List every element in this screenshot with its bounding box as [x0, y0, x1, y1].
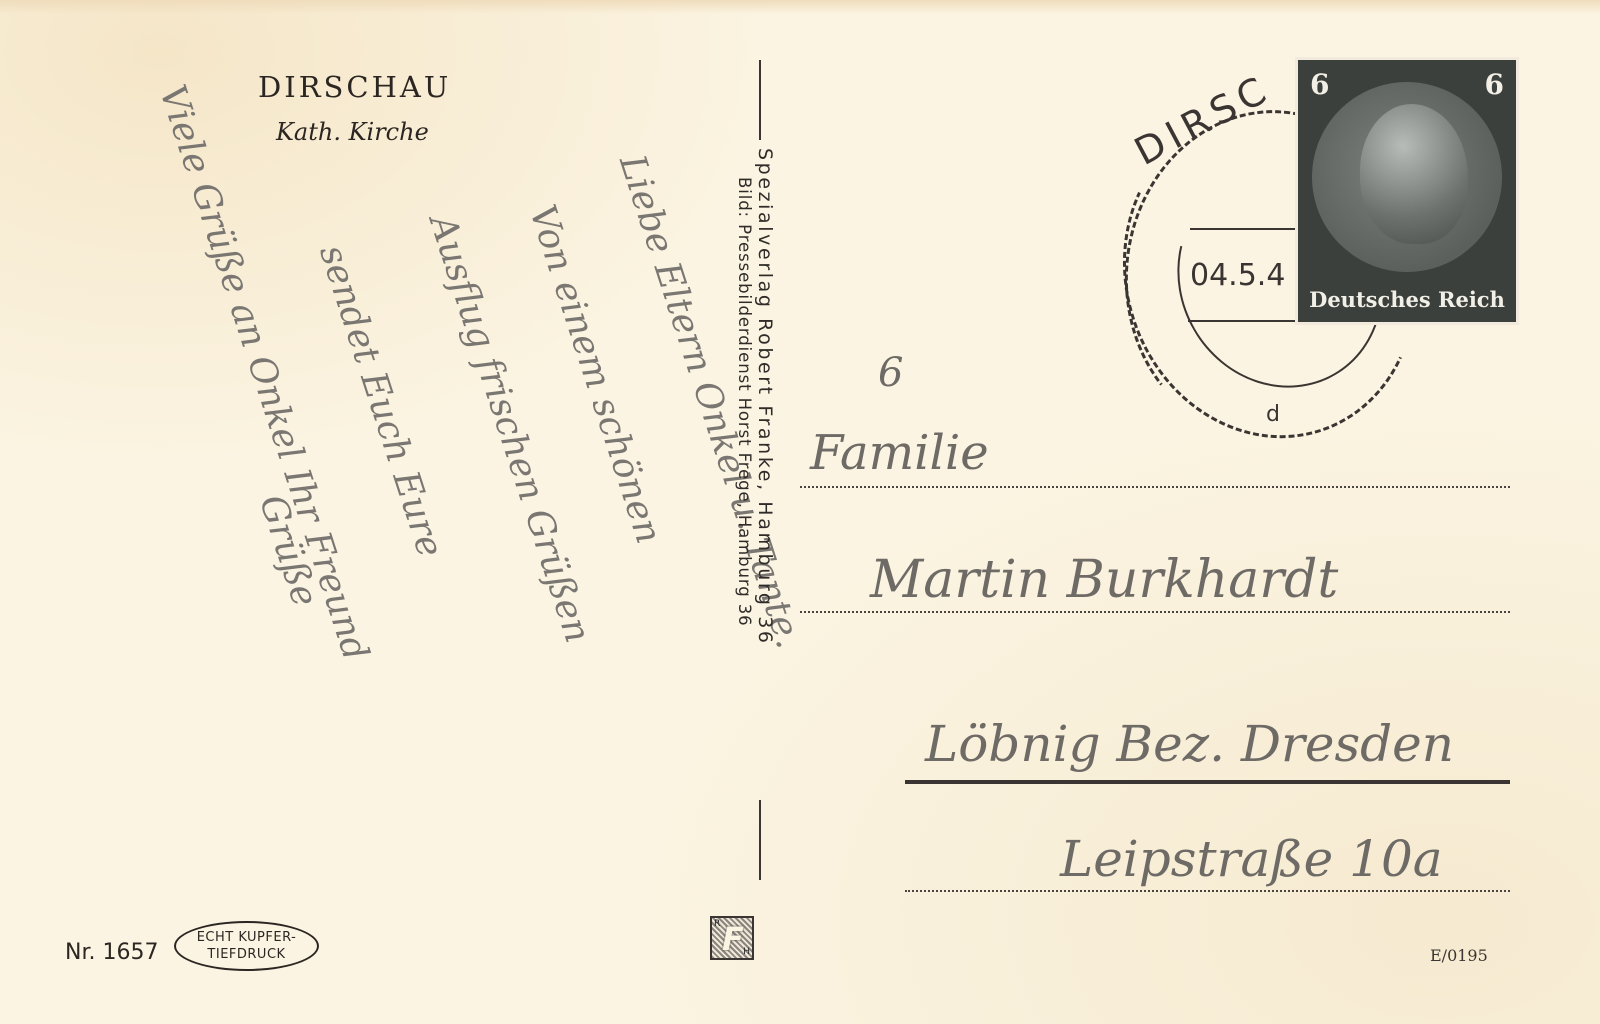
photo-credit-line: Bild: Pressebilderdienst Horst Frege, Ha…	[735, 177, 754, 627]
stamp-value: 6	[1485, 68, 1504, 101]
address-line: Familie	[810, 425, 989, 481]
postmark-date: 04.5.4	[1190, 258, 1285, 293]
divider-rule	[759, 60, 761, 140]
torn-edge	[0, 0, 1600, 14]
message-line: sendet Euch Eure	[311, 240, 451, 562]
card-title: DIRSCHAU	[258, 70, 451, 104]
catalog-code: E/0195	[1430, 946, 1488, 965]
postcard-back: DIRSCHAU Kath. Kirche Liebe Eltern Onkel…	[0, 0, 1600, 1024]
message-line: Viele Grüße an Onkel Ihr Freund	[151, 80, 376, 665]
postmark-bar	[1190, 228, 1300, 230]
postmark-letter: d	[1266, 402, 1280, 427]
publisher-logo-icon: R F H	[710, 916, 754, 960]
address-line: Löbnig Bez. Dresden	[925, 715, 1454, 773]
publisher-line: Spezialverlag Robert Franke, Hamburg 36	[754, 148, 776, 646]
divider-rule	[759, 800, 761, 880]
address-rule	[905, 890, 1510, 892]
address-line: 6	[878, 350, 903, 396]
stamp-country: Deutsches Reich	[1298, 287, 1516, 312]
portrait-icon	[1360, 104, 1468, 244]
card-number: Nr. 1657	[65, 940, 158, 965]
address-rule	[800, 611, 1510, 613]
portrait-medallion-icon	[1312, 82, 1502, 272]
card-subtitle: Kath. Kirche	[276, 118, 429, 146]
address-line: Martin Burkhardt	[870, 550, 1338, 610]
address-rule	[905, 780, 1510, 784]
address-line: Leipstraße 10a	[1060, 830, 1443, 888]
publisher-imprint: Spezialverlag Robert Franke, Hamburg 36 …	[728, 60, 788, 900]
print-method-mark: ECHT KUPFER- TIEFDRUCK	[174, 921, 319, 971]
postage-stamp: 6 6 Deutsches Reich	[1298, 60, 1516, 322]
stamp-value: 6	[1310, 68, 1329, 101]
postmark-bar	[1188, 320, 1298, 322]
address-rule	[800, 486, 1510, 488]
